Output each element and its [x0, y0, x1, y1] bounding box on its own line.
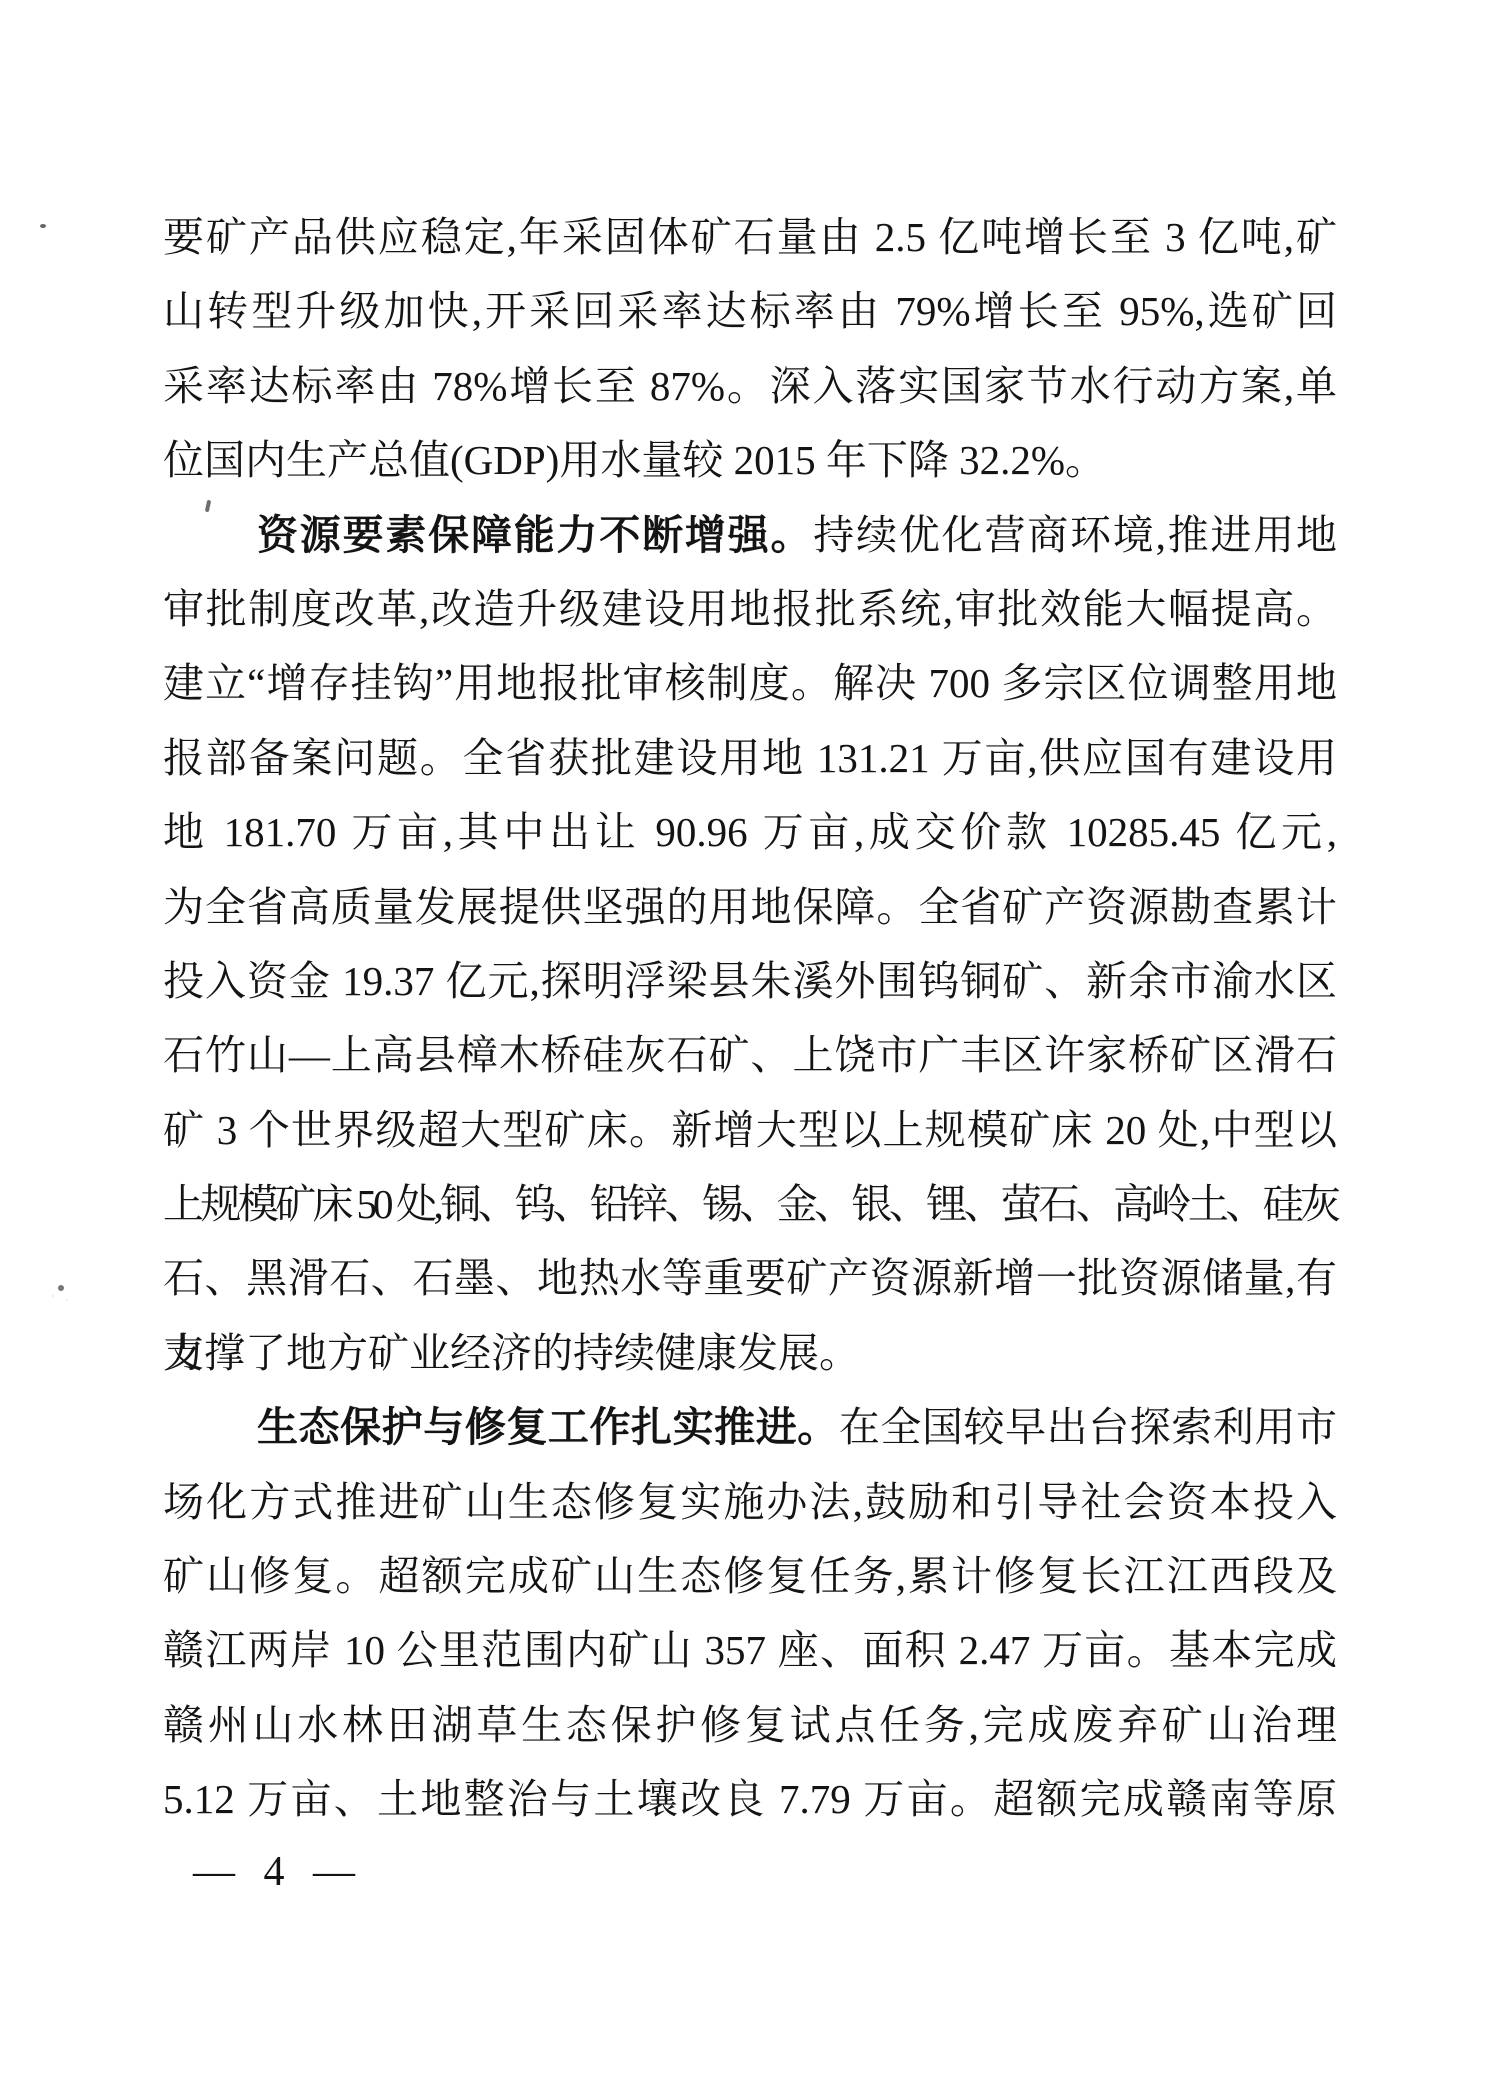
- paragraph-line: 上规模矿床 50 处,铜、钨、铅锌、锡、金、银、锂、萤石、高岭土、硅灰: [163, 1167, 1337, 1241]
- paragraph-line: 场化方式推进矿山生态修复实施办法,鼓励和引导社会资本投入: [163, 1465, 1337, 1539]
- scan-speck: [40, 224, 46, 228]
- paragraph-text: 在全国较早出台探索利用市: [839, 1404, 1337, 1450]
- paragraph-line: 地 181.70 万亩,其中出让 90.96 万亩,成交价款 10285.45 …: [163, 795, 1337, 869]
- paragraph-line: 为全省高质量发展提供坚强的用地保障。全省矿产资源勘查累计: [163, 870, 1337, 944]
- paragraph-lead: 资源要素保障能力不断增强。: [257, 512, 813, 558]
- page-number: — 4 —: [193, 1848, 355, 1896]
- paragraph-text: 持续优化营商环境,推进用地: [813, 512, 1337, 558]
- paragraph-line: 5.12 万亩、土地整治与土壤改良 7.79 万亩。超额完成赣南等原: [163, 1762, 1337, 1836]
- paragraph-line: 报部备案问题。全省获批建设用地 131.21 万亩,供应国有建设用: [163, 721, 1337, 795]
- paragraph-line: 矿 3 个世界级超大型矿床。新增大型以上规模矿床 20 处,中型以: [163, 1093, 1337, 1167]
- scan-speck: [58, 1285, 64, 1291]
- paragraph-2: 资源要素保障能力不断增强。持续优化营商环境,推进用地 审批制度改革,改造升级建设…: [163, 498, 1337, 1391]
- paragraph-line: 赣州山水林田湖草生态保护修复试点任务,完成废弃矿山治理: [163, 1688, 1337, 1762]
- paragraph-3: 生态保护与修复工作扎实推进。在全国较早出台探索利用市 场化方式推进矿山生态修复实…: [163, 1390, 1337, 1836]
- paragraph-line: 矿山修复。超额完成矿山生态修复任务,累计修复长江江西段及: [163, 1539, 1337, 1613]
- paragraph-line: 赣江两岸 10 公里范围内矿山 357 座、面积 2.47 万亩。基本完成: [163, 1613, 1337, 1687]
- paragraph-line: 生态保护与修复工作扎实推进。在全国较早出台探索利用市: [163, 1390, 1337, 1464]
- paragraph-line: 要矿产品供应稳定,年采固体矿石量由 2.5 亿吨增长至 3 亿吨,矿: [163, 200, 1337, 274]
- body-text: 要矿产品供应稳定,年采固体矿石量由 2.5 亿吨增长至 3 亿吨,矿 山转型升级…: [163, 200, 1337, 1837]
- paragraph-line: 石、黑滑石、石墨、地热水等重要矿产资源新增一批资源储量,有力: [163, 1241, 1337, 1315]
- paragraph-lead: 生态保护与修复工作扎实推进。: [257, 1404, 839, 1450]
- paragraph-1: 要矿产品供应稳定,年采固体矿石量由 2.5 亿吨增长至 3 亿吨,矿 山转型升级…: [163, 200, 1337, 498]
- paragraph-line: 采率达标率由 78%增长至 87%。深入落实国家节水行动方案,单: [163, 349, 1337, 423]
- paragraph-line: 石竹山—上高县樟木桥硅灰石矿、上饶市广丰区许家桥矿区滑石: [163, 1018, 1337, 1092]
- paragraph-line: 位国内生产总值(GDP)用水量较 2015 年下降 32.2%。: [163, 423, 1337, 497]
- paragraph-line: 投入资金 19.37 亿元,探明浮梁县朱溪外围钨铜矿、新余市渝水区: [163, 944, 1337, 1018]
- paragraph-line: 山转型升级加快,开采回采率达标率由 79%增长至 95%,选矿回: [163, 274, 1337, 348]
- paragraph-line: 建立“增存挂钩”用地报批审核制度。解决 700 多宗区位调整用地: [163, 646, 1337, 720]
- paragraph-line: 资源要素保障能力不断增强。持续优化营商环境,推进用地: [163, 498, 1337, 572]
- document-page: 要矿产品供应稳定,年采固体矿石量由 2.5 亿吨增长至 3 亿吨,矿 山转型升级…: [0, 0, 1485, 2100]
- paragraph-line: 审批制度改革,改造升级建设用地报批系统,审批效能大幅提高。: [163, 572, 1337, 646]
- paragraph-line: 支撑了地方矿业经济的持续健康发展。: [163, 1316, 1337, 1390]
